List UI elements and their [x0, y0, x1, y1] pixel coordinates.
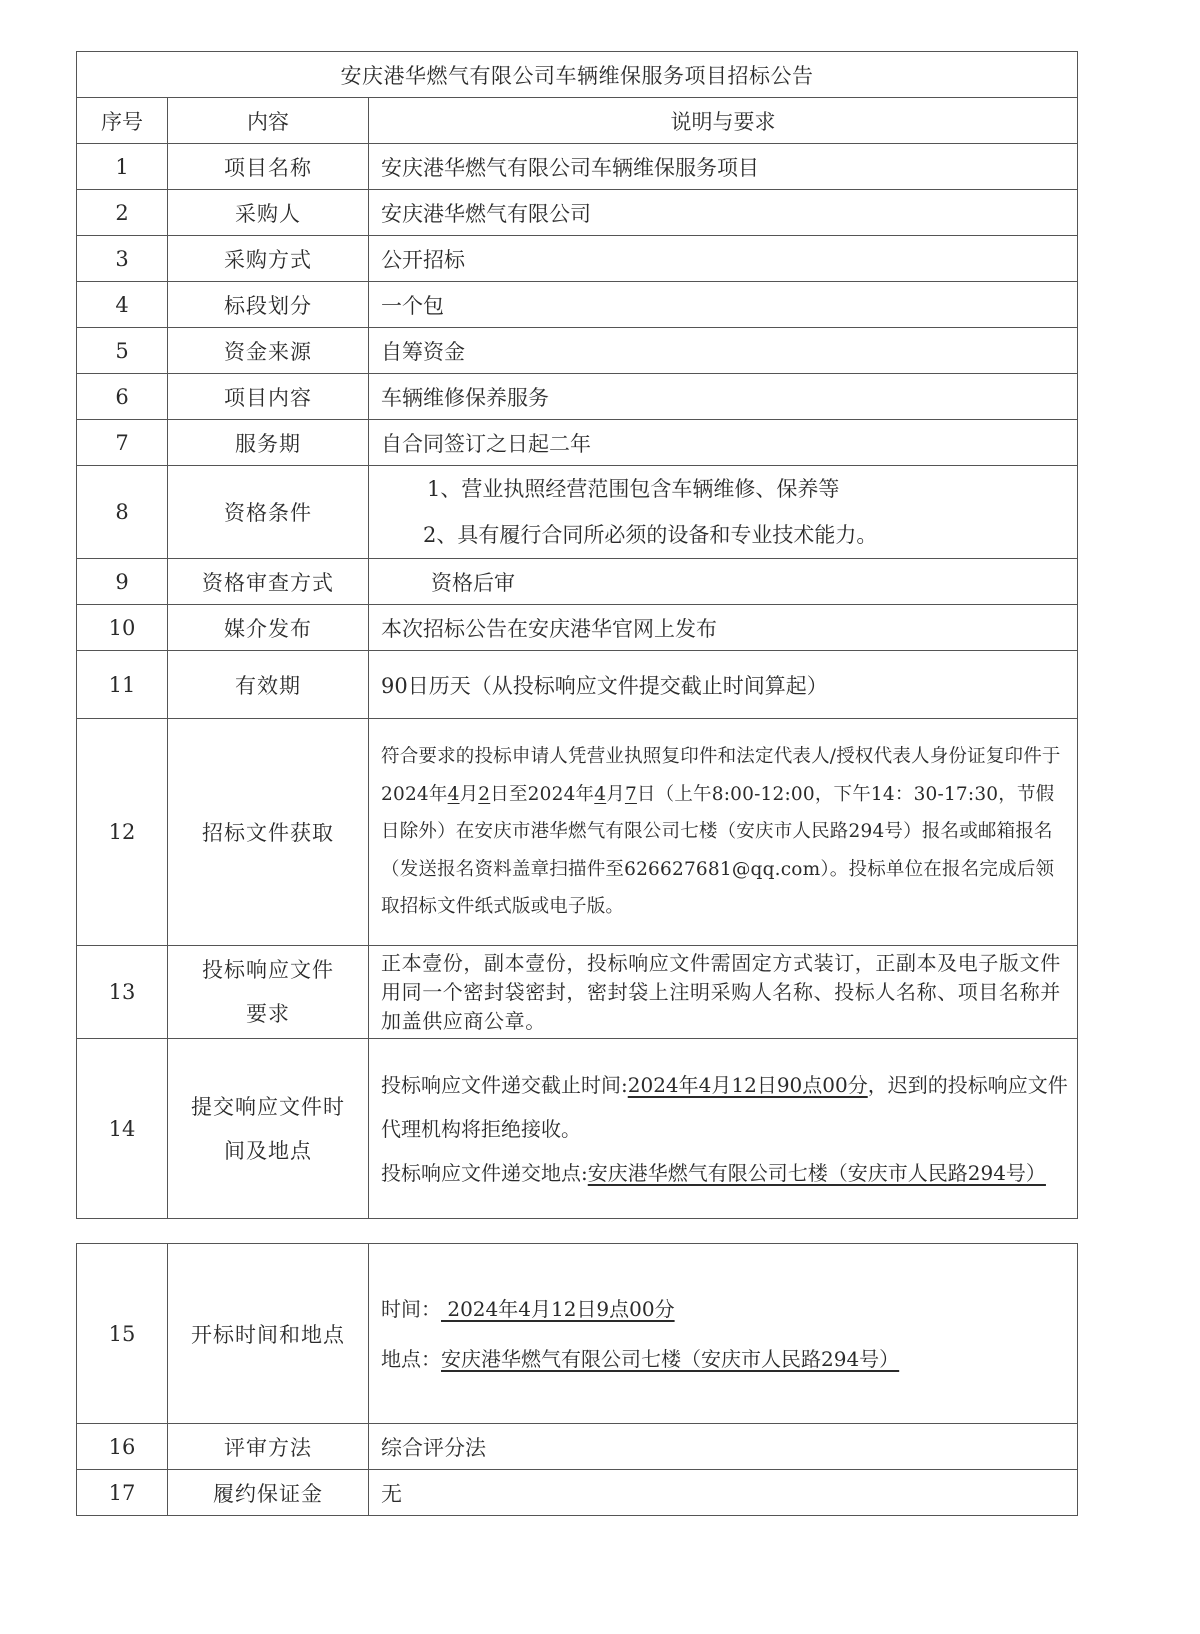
row-desc: 时间： 2024年4月12日9点00分 地点：安庆港华燃气有限公司七楼（安庆市人… — [369, 1244, 1078, 1424]
row-desc: 正本壹份，副本壹份，投标响应文件需固定方式装订，正副本及电子版文件用同一个密封袋… — [369, 946, 1078, 1039]
table-row: 10 媒介发布 本次招标公告在安庆港华官网上发布 — [77, 605, 1078, 651]
time-value: 2024年4月12日9点00分 — [441, 1297, 675, 1321]
row-desc: 安庆港华燃气有限公司 — [369, 190, 1078, 236]
deadline-label: 投标响应文件递交截止时间: — [381, 1073, 628, 1097]
row-item: 资格审查方式 — [168, 559, 369, 605]
underlined-month: 4 — [448, 784, 460, 805]
item-line: 提交响应文件时 — [168, 1085, 368, 1129]
row-item: 投标响应文件 要求 — [168, 946, 369, 1039]
row-item: 项目内容 — [168, 374, 369, 420]
row-desc: 投标响应文件递交截止时间:2024年4月12日90点00分，迟到的投标响应文件代… — [369, 1039, 1078, 1219]
table-row: 8 资格条件 1、营业执照经营范围包含车辆维修、保养等 2、具有履行合同所必须的… — [77, 466, 1078, 559]
place-label: 投标响应文件递交地点: — [381, 1161, 588, 1185]
title-row: 安庆港华燃气有限公司车辆维保服务项目招标公告 — [77, 52, 1078, 98]
row-desc: 无 — [369, 1470, 1078, 1516]
table-row: 14 提交响应文件时 间及地点 投标响应文件递交截止时间:2024年4月12日9… — [77, 1039, 1078, 1219]
table-row: 1 项目名称 安庆港华燃气有限公司车辆维保服务项目 — [77, 144, 1078, 190]
row-desc: 90日历天（从投标响应文件提交截止时间算起） — [369, 651, 1078, 719]
table-row: 3 采购方式 公开招标 — [77, 236, 1078, 282]
row-desc: 自合同签订之日起二年 — [369, 420, 1078, 466]
place-value: 安庆港华燃气有限公司七楼（安庆市人民路294号） — [441, 1347, 899, 1371]
row-desc: 自筹资金 — [369, 328, 1078, 374]
header-no: 序号 — [77, 98, 168, 144]
table-row: 13 投标响应文件 要求 正本壹份，副本壹份，投标响应文件需固定方式装订，正副本… — [77, 946, 1078, 1039]
row-item: 招标文件获取 — [168, 719, 369, 946]
table-row: 16 评审方法 综合评分法 — [77, 1424, 1078, 1470]
row-no: 2 — [77, 190, 168, 236]
qualification-line: 1、营业执照经营范围包含车辆维修、保养等 — [381, 466, 1069, 512]
row-no: 4 — [77, 282, 168, 328]
row-no: 12 — [77, 719, 168, 946]
row-desc: 符合要求的投标申请人凭营业执照复印件和法定代表人/授权代表人身份证复印件于202… — [369, 719, 1078, 946]
row-item: 媒介发布 — [168, 605, 369, 651]
qualification-line: 2、具有履行合同所必须的设备和专业技术能力。 — [381, 512, 1069, 558]
table-row: 7 服务期 自合同签订之日起二年 — [77, 420, 1078, 466]
row-no: 11 — [77, 651, 168, 719]
table-row: 15 开标时间和地点 时间： 2024年4月12日9点00分 地点：安庆港华燃气… — [77, 1244, 1078, 1424]
document-title: 安庆港华燃气有限公司车辆维保服务项目招标公告 — [77, 52, 1078, 98]
table-row: 9 资格审查方式 资格后审 — [77, 559, 1078, 605]
text: 月 — [460, 784, 479, 805]
row-no: 7 — [77, 420, 168, 466]
row-no: 5 — [77, 328, 168, 374]
row-item: 提交响应文件时 间及地点 — [168, 1039, 369, 1219]
deadline-value: 2024年4月12日90点00分 — [628, 1073, 868, 1097]
row-desc: 1、营业执照经营范围包含车辆维修、保养等 2、具有履行合同所必须的设备和专业技术… — [369, 466, 1078, 559]
row-item: 标段划分 — [168, 282, 369, 328]
row-desc: 安庆港华燃气有限公司车辆维保服务项目 — [369, 144, 1078, 190]
underlined-day: 2 — [478, 784, 490, 805]
row-item: 服务期 — [168, 420, 369, 466]
tender-notice-table: 安庆港华燃气有限公司车辆维保服务项目招标公告 序号 内容 说明与要求 1 项目名… — [76, 51, 1078, 1219]
text: 日至2024年 — [490, 784, 594, 805]
table-row: 5 资金来源 自筹资金 — [77, 328, 1078, 374]
row-desc: 资格后审 — [369, 559, 1078, 605]
text: 月 — [606, 784, 625, 805]
row-item: 资金来源 — [168, 328, 369, 374]
row-desc: 一个包 — [369, 282, 1078, 328]
table-row: 17 履约保证金 无 — [77, 1470, 1078, 1516]
item-line: 间及地点 — [168, 1129, 368, 1173]
underlined-month: 4 — [594, 784, 606, 805]
header-item: 内容 — [168, 98, 369, 144]
table-row: 6 项目内容 车辆维修保养服务 — [77, 374, 1078, 420]
row-no: 10 — [77, 605, 168, 651]
table-row: 4 标段划分 一个包 — [77, 282, 1078, 328]
table-row: 12 招标文件获取 符合要求的投标申请人凭营业执照复印件和法定代表人/授权代表人… — [77, 719, 1078, 946]
row-no: 3 — [77, 236, 168, 282]
row-no: 16 — [77, 1424, 168, 1470]
underlined-day: 7 — [625, 784, 637, 805]
row-no: 17 — [77, 1470, 168, 1516]
row-item: 开标时间和地点 — [168, 1244, 369, 1424]
tender-notice-table-continued: 15 开标时间和地点 时间： 2024年4月12日9点00分 地点：安庆港华燃气… — [76, 1243, 1078, 1516]
place-value: 安庆港华燃气有限公司七楼（安庆市人民路294号） — [588, 1161, 1046, 1185]
row-no: 6 — [77, 374, 168, 420]
row-item: 项目名称 — [168, 144, 369, 190]
table-row: 11 有效期 90日历天（从投标响应文件提交截止时间算起） — [77, 651, 1078, 719]
time-label: 时间： — [381, 1297, 441, 1321]
row-item: 评审方法 — [168, 1424, 369, 1470]
row-no: 1 — [77, 144, 168, 190]
row-desc: 公开招标 — [369, 236, 1078, 282]
row-no: 13 — [77, 946, 168, 1039]
row-no: 14 — [77, 1039, 168, 1219]
item-line: 要求 — [168, 992, 368, 1036]
row-no: 8 — [77, 466, 168, 559]
header-desc: 说明与要求 — [369, 98, 1078, 144]
row-item: 采购人 — [168, 190, 369, 236]
row-desc: 本次招标公告在安庆港华官网上发布 — [369, 605, 1078, 651]
table-row: 2 采购人 安庆港华燃气有限公司 — [77, 190, 1078, 236]
row-item: 资格条件 — [168, 466, 369, 559]
row-no: 15 — [77, 1244, 168, 1424]
row-item: 履约保证金 — [168, 1470, 369, 1516]
row-desc: 车辆维修保养服务 — [369, 374, 1078, 420]
row-item: 采购方式 — [168, 236, 369, 282]
row-desc: 综合评分法 — [369, 1424, 1078, 1470]
row-item: 有效期 — [168, 651, 369, 719]
place-label: 地点： — [381, 1347, 441, 1371]
item-line: 投标响应文件 — [168, 948, 368, 992]
header-row: 序号 内容 说明与要求 — [77, 98, 1078, 144]
row-no: 9 — [77, 559, 168, 605]
